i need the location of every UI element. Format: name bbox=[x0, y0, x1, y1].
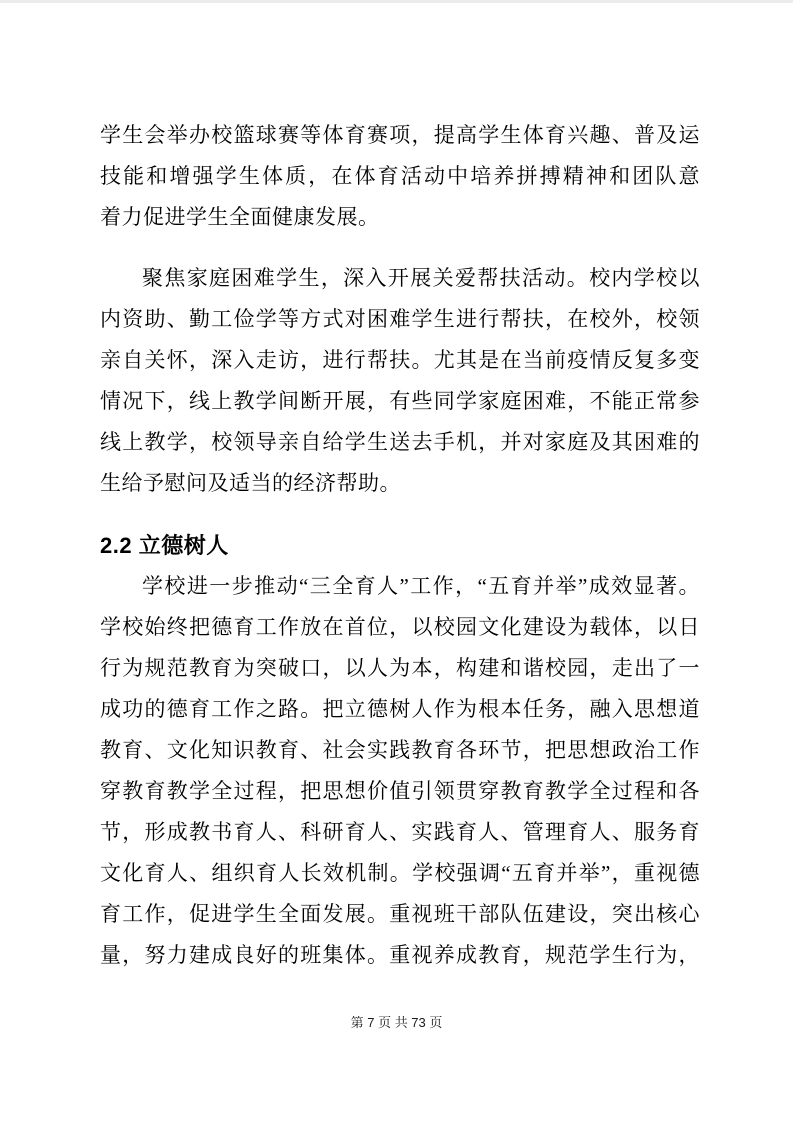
text-line: 聚焦家庭困难学生，深入开展关爱帮扶活动。校内学校以校 bbox=[100, 258, 700, 299]
text-line: 穿教育教学全过程，把思想价值引领贯穿教育教学全过程和各环 bbox=[100, 771, 700, 812]
text-line: 亲自关怀，深入走访，进行帮扶。尤其是在当前疫情反复多变的 bbox=[100, 340, 700, 381]
text-line: 行为规范教育为突破口，以人为本，构建和谐校园，走出了一条 bbox=[100, 648, 700, 689]
paragraph: 学生会举办校篮球赛等体育赛项，提高学生体育兴趣、普及运动技能和增强学生体质，在体… bbox=[100, 115, 700, 238]
document-body: 学生会举办校篮球赛等体育赛项，提高学生体育兴趣、普及运动技能和增强学生体质，在体… bbox=[100, 115, 700, 976]
text-line: 技能和增强学生体质，在体育活动中培养拼搏精神和团队意识， bbox=[100, 156, 700, 197]
text-line: 生给予慰问及适当的经济帮助。 bbox=[100, 463, 700, 504]
section-heading: 2.2 立德树人 bbox=[100, 525, 700, 566]
text-line: 育工作，促进学生全面发展。重视班干部队伍建设，突出核心力 bbox=[100, 894, 700, 935]
text-line: 学校进一步推动“三全育人”工作，“五育并举”成效显著。 bbox=[100, 566, 700, 607]
text-line: 学校始终把德育工作放在首位，以校园文化建设为载体，以日常 bbox=[100, 607, 700, 648]
text-line: 学生会举办校篮球赛等体育赛项，提高学生体育兴趣、普及运动 bbox=[100, 115, 700, 156]
document-page: 学生会举办校篮球赛等体育赛项，提高学生体育兴趣、普及运动技能和增强学生体质，在体… bbox=[0, 0, 793, 1122]
text-line: 教育、文化知识教育、社会实践教育各环节，把思想政治工作贯 bbox=[100, 730, 700, 771]
paragraph: 学校进一步推动“三全育人”工作，“五育并举”成效显著。学校始终把德育工作放在首位… bbox=[100, 566, 700, 976]
text-line: 成功的德育工作之路。把立德树人作为根本任务，融入思想道德 bbox=[100, 689, 700, 730]
page-number: 第 7 页 共 73 页 bbox=[0, 1013, 793, 1033]
text-line: 内资助、勤工俭学等方式对困难学生进行帮扶，在校外，校领导 bbox=[100, 299, 700, 340]
text-line: 线上教学，校领导亲自给学生送去手机，并对家庭及其困难的学 bbox=[100, 422, 700, 463]
text-line: 量，努力建成良好的班集体。重视养成教育，规范学生行为，努 bbox=[100, 935, 700, 976]
text-line: 节，形成教书育人、科研育人、实践育人、管理育人、服务育人、 bbox=[100, 812, 700, 853]
text-line: 情况下，线上教学间断开展，有些同学家庭困难，不能正常参与 bbox=[100, 381, 700, 422]
text-line: 文化育人、组织育人长效机制。学校强调“五育并举”，重视德 bbox=[100, 853, 700, 894]
paragraph: 聚焦家庭困难学生，深入开展关爱帮扶活动。校内学校以校内资助、勤工俭学等方式对困难… bbox=[100, 258, 700, 504]
text-line: 着力促进学生全面健康发展。 bbox=[100, 197, 700, 238]
